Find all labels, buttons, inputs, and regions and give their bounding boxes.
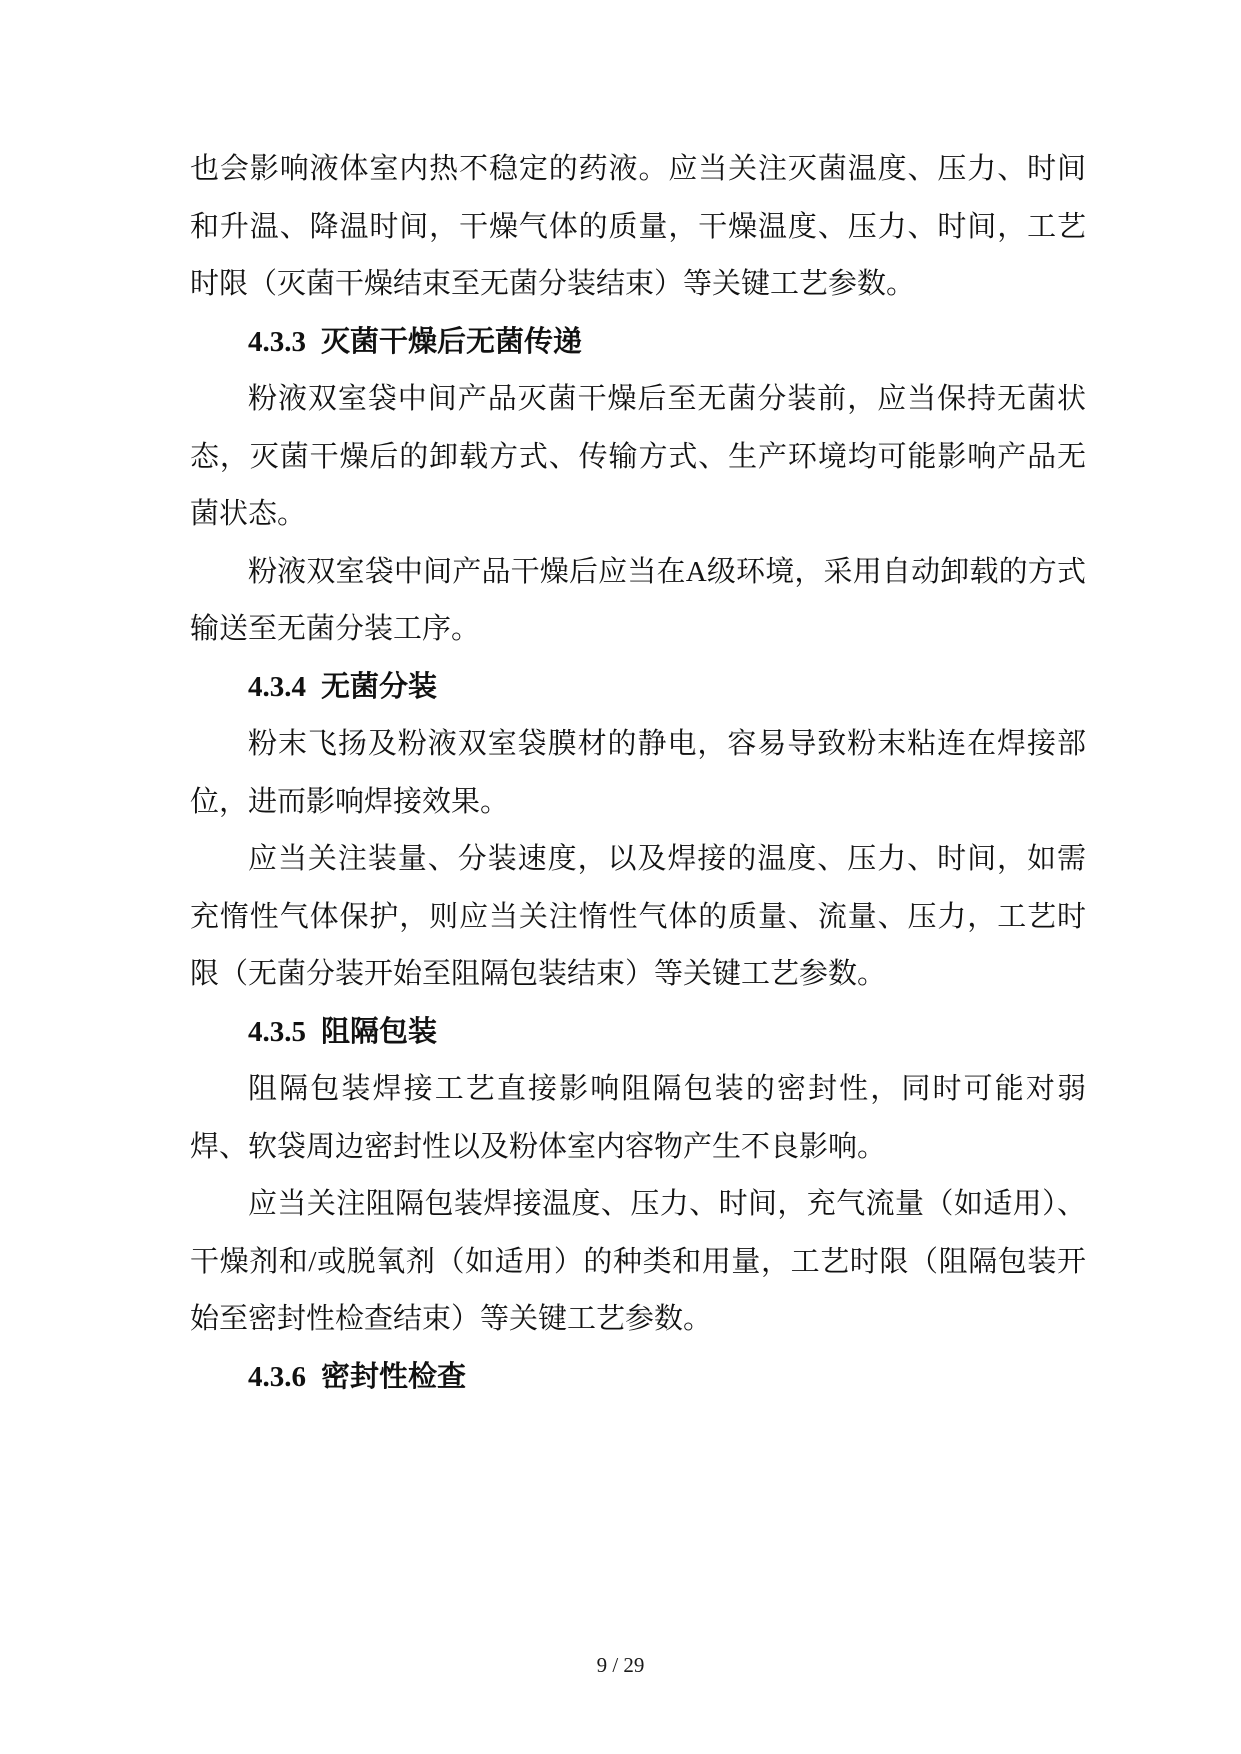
section-heading-4-3-3: 4.3.3灭菌干燥后无菌传递: [190, 314, 1086, 372]
section-heading-4-3-6: 4.3.6密封性检查: [190, 1349, 1086, 1407]
section-number: 4.3.3: [248, 326, 306, 358]
paragraph-sterilization-params-continuation: 也会影响液体室内热不稳定的药液。应当关注灭菌温度、压力、时间和升温、降温时间，干…: [190, 141, 1086, 314]
section-number: 4.3.5: [248, 1016, 306, 1048]
section-title: 密封性检查: [321, 1361, 466, 1393]
section-number: 4.3.6: [248, 1361, 306, 1393]
section-title: 无菌分装: [321, 671, 437, 703]
page-footer: 9 / 29: [0, 1652, 1241, 1678]
paragraph-grade-a-unloading: 粉液双室袋中间产品干燥后应当在A级环境，采用自动卸载的方式输送至无菌分装工序。: [190, 544, 1086, 659]
section-heading-4-3-4: 4.3.4无菌分装: [190, 659, 1086, 717]
page-number: 9 / 29: [597, 1653, 645, 1677]
section-title: 阻隔包装: [321, 1016, 437, 1048]
paragraph-barrier-packaging-params: 应当关注阻隔包装焊接温度、压力、时间，充气流量（如适用）、干燥剂和/或脱氧剂（如…: [190, 1176, 1086, 1349]
paragraph-sterile-transfer-risks: 粉液双室袋中间产品灭菌干燥后至无菌分装前，应当保持无菌状态，灭菌干燥后的卸载方式…: [190, 371, 1086, 544]
section-number: 4.3.4: [248, 671, 306, 703]
paragraph-barrier-packaging-sealing: 阻隔包装焊接工艺直接影响阻隔包装的密封性，同时可能对弱焊、软袋周边密封性以及粉体…: [190, 1061, 1086, 1176]
document-body: 也会影响液体室内热不稳定的药液。应当关注灭菌温度、压力、时间和升温、降温时间，干…: [190, 141, 1086, 1406]
section-title: 灭菌干燥后无菌传递: [321, 326, 582, 358]
paragraph-powder-static-risks: 粉末飞扬及粉液双室袋膜材的静电，容易导致粉末粘连在焊接部位，进而影响焊接效果。: [190, 716, 1086, 831]
paragraph-filling-params: 应当关注装量、分装速度，以及焊接的温度、压力、时间，如需充惰性气体保护，则应当关…: [190, 831, 1086, 1004]
section-heading-4-3-5: 4.3.5阻隔包装: [190, 1004, 1086, 1062]
